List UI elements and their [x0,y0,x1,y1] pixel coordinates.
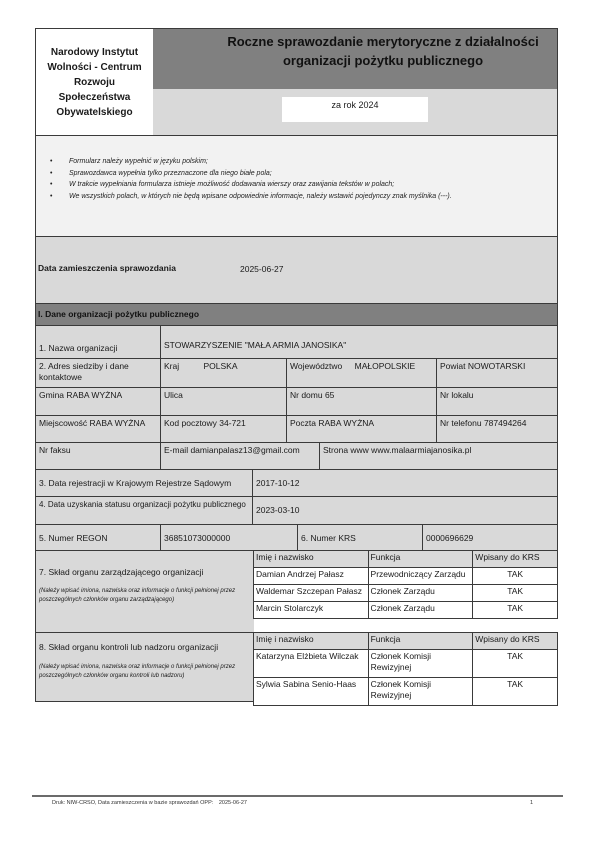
postal-code-field: Kod pocztowy 34-721 [160,415,287,443]
management-board-section: 7. Skład organu zarządzającego organizac… [35,550,254,633]
member-role: Członek Komisji Rewizyjnej [368,650,473,678]
voivodeship-label: Województwo [290,361,342,371]
house-number-field: Nr domu 65 [286,387,437,416]
krs-number-label: 6. Numer KRS [297,524,423,551]
website-field: Strona www www.malaarmiajanosika.pl [319,442,558,470]
apartment-number-field: Nr lokalu [436,387,558,416]
org-name-value: STOWARZYSZENIE "MAŁA ARMIA JANOSIKA" [160,325,558,359]
member-krs: TAK [473,585,558,602]
institution-name: Narodowy Instytut Wolności - Centrum Roz… [35,28,154,136]
member-name: Sylwia Sabina Senio-Haas [254,678,369,706]
instruction-item: Formularz należy wypełnić w języku polsk… [50,156,557,168]
opp-status-label: 4. Data uzyskania statusu organizacji po… [35,496,253,525]
management-board-title: 7. Skład organu zarządzającego organizac… [39,567,203,578]
table-row: Damian Andrzej Pałasz Przewodniczący Zar… [254,568,558,585]
fax-field: Nr faksu [35,442,161,470]
member-role: Członek Zarządu [368,602,473,619]
table-row: Katarzyna Elżbieta Wilczak Członek Komis… [254,650,558,678]
column-header-role: Funkcja [368,633,473,650]
supervisory-board-note: (Należy wpisać imiona, nazwiska oraz inf… [39,663,252,681]
table-header-row: Imię i nazwisko Funkcja Wpisany do KRS [254,551,558,568]
regon-label: 5. Numer REGON [35,524,161,551]
submission-date-value: 2025-06-27 [240,264,283,274]
county-field: Powiat NOWOTARSKI [436,358,558,388]
report-year: za rok 2024 [282,97,428,122]
country-label: Kraj [164,361,179,371]
post-office-field: Poczta RABA WYŻNA [286,415,437,443]
krs-registration-label: 3. Data rejestracji w Krajowym Rejestrze… [35,469,253,497]
title-line-1: Roczne sprawozdanie merytoryczne z dział… [213,32,553,51]
member-name: Damian Andrzej Pałasz [254,568,369,585]
member-krs: TAK [473,602,558,619]
column-header-name: Imię i nazwisko [254,633,369,650]
opp-status-date: 2023-03-10 [252,496,558,525]
instruction-item: W trakcie wypełniania formularza istniej… [50,179,557,191]
table-row: Sylwia Sabina Senio-Haas Członek Komisji… [254,678,558,706]
voivodeship-field: Województwo MAŁOPOLSKIE [286,358,437,388]
member-role: Członek Komisji Rewizyjnej [368,678,473,706]
column-header-krs: Wpisany do KRS [473,551,558,568]
management-board-table: Imię i nazwisko Funkcja Wpisany do KRS D… [253,550,558,619]
supervisory-board-title: 8. Skład organu kontroli lub nadzoru org… [39,642,218,653]
member-name: Waldemar Szczepan Pałasz [254,585,369,602]
commune-field: Gmina RABA WYŻNA [35,387,161,416]
table-row: Waldemar Szczepan Pałasz Członek Zarządu… [254,585,558,602]
member-role: Przewodniczący Zarządu [368,568,473,585]
column-header-name: Imię i nazwisko [254,551,369,568]
member-krs: TAK [473,650,558,678]
instruction-item: Sprawozdawca wypełnia tylko przeznaczone… [50,168,557,180]
regon-value: 36851073000000 [160,524,298,551]
locality-field: Miejscowość RABA WYŻNA [35,415,161,443]
krs-registration-date: 2017-10-12 [252,469,558,497]
member-name: Marcin Stolarczyk [254,602,369,619]
column-header-role: Funkcja [368,551,473,568]
page-number: 1 [530,800,533,806]
instructions-panel: Formularz należy wypełnić w języku polsk… [35,136,558,237]
title-bar: Roczne sprawozdanie merytoryczne z dział… [153,28,558,90]
section-1-header: I. Dane organizacji pożytku publicznego [35,303,558,326]
footer-divider [32,795,563,797]
instructions-list: Formularz należy wypełnić w języku polsk… [36,136,557,202]
org-name-label: 1. Nazwa organizacji [35,325,161,359]
footer-date: 2025-06-27 [219,800,247,806]
member-krs: TAK [473,678,558,706]
management-board-note: (Należy wpisać imiona, nazwiska oraz inf… [39,587,252,605]
member-krs: TAK [473,568,558,585]
street-field: Ulica [160,387,287,416]
column-header-krs: Wpisany do KRS [473,633,558,650]
address-label: 2. Adres siedziby i dane kontaktowe [35,358,161,388]
footer-text: Druk: NIW-CRSO, Data zamieszczenia w baz… [52,800,213,806]
member-role: Członek Zarządu [368,585,473,602]
footer-info: Druk: NIW-CRSO, Data zamieszczenia w baz… [52,800,247,806]
title-line-2: organizacji pożytku publicznego [213,51,553,70]
phone-field: Nr telefonu 787494264 [436,415,558,443]
email-field: E-mail damianpalasz13@gmail.com [160,442,320,470]
document-title: Roczne sprawozdanie merytoryczne z dział… [213,32,553,70]
supervisory-board-table: Imię i nazwisko Funkcja Wpisany do KRS K… [253,632,558,706]
table-header-row: Imię i nazwisko Funkcja Wpisany do KRS [254,633,558,650]
country-value: POLSKA [204,361,238,371]
instruction-item: We wszystkich polach, w których nie będą… [50,191,557,203]
member-name: Katarzyna Elżbieta Wilczak [254,650,369,678]
krs-number-value: 0000696629 [422,524,558,551]
voivodeship-value: MAŁOPOLSKIE [355,361,415,371]
table-row: Marcin Stolarczyk Członek Zarządu TAK [254,602,558,619]
submission-date-label: Data zamieszczenia sprawozdania [38,263,176,273]
country-field: Kraj POLSKA [160,358,287,388]
supervisory-board-section: 8. Skład organu kontroli lub nadzoru org… [35,632,254,702]
